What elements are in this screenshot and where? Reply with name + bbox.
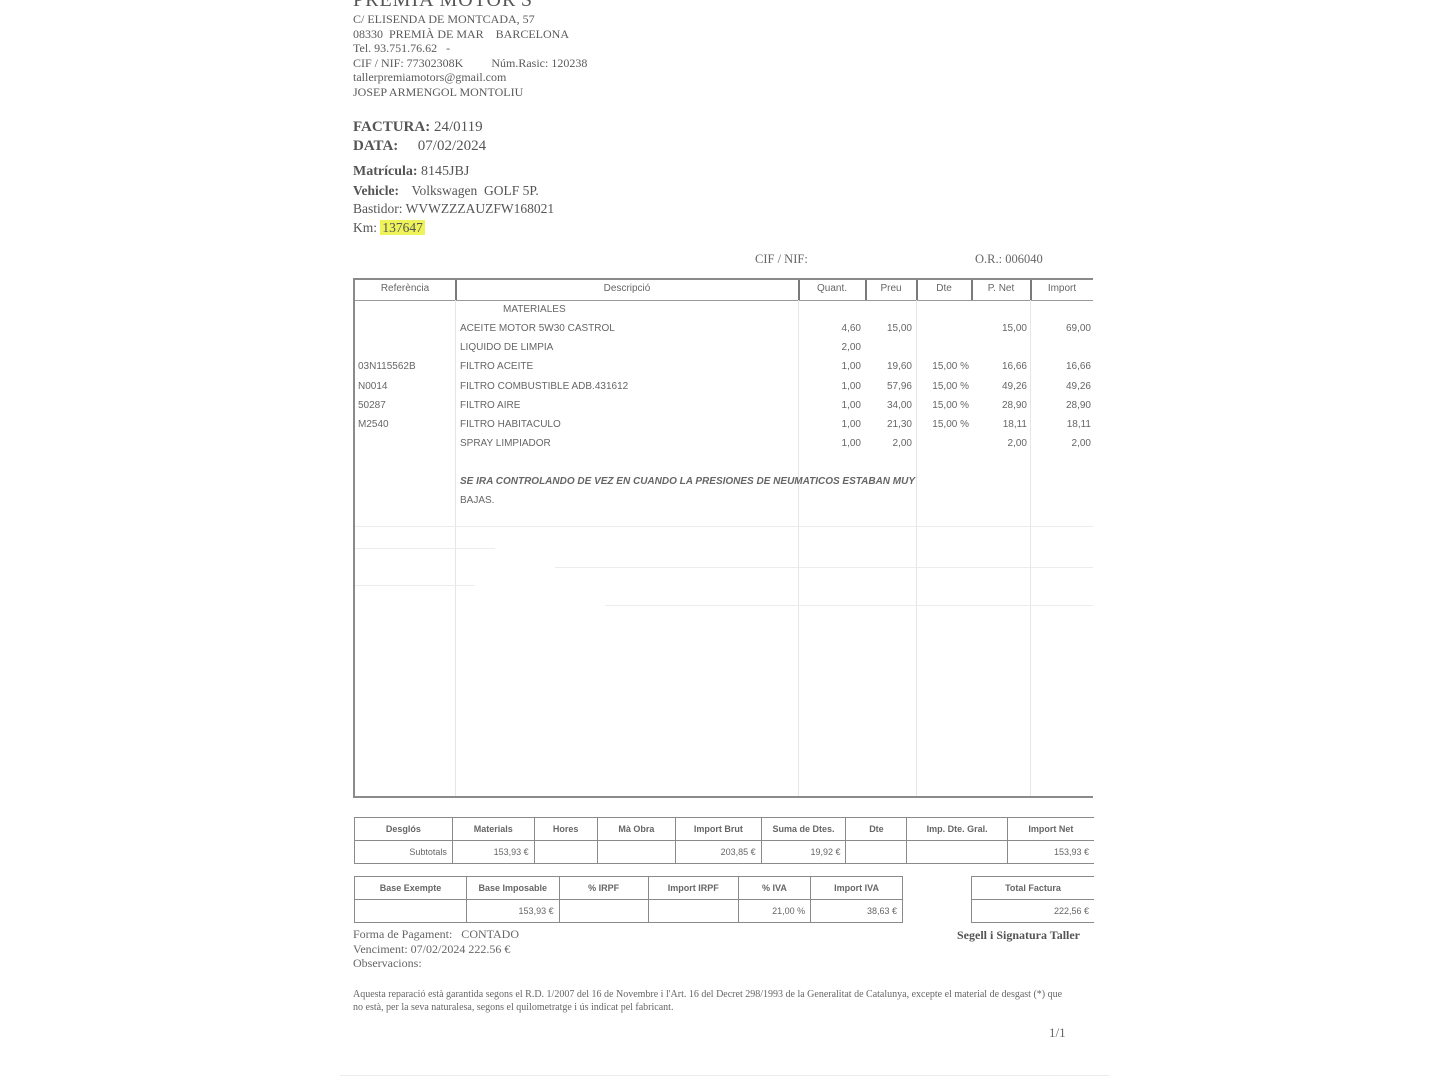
table-row: SPRAY LIMPIADOR1,002,002,002,00 — [355, 434, 1093, 453]
invoice-meta: FACTURA: 24/0119 DATA: 07/02/2024 Matríc… — [353, 118, 554, 237]
company-cif: CIF / NIF: 77302308K — [353, 56, 463, 70]
section-title-row: MATERIALES — [355, 300, 1093, 319]
breakdown-value-3 — [597, 841, 675, 864]
table-row: M2540FILTRO HABITACULO1,0021,3015,00 %18… — [355, 415, 1093, 434]
header-description: Descripció — [456, 283, 798, 294]
plate-value: 8145JBJ — [421, 164, 469, 179]
tax-value-2 — [559, 900, 648, 923]
tax-value-3 — [648, 900, 738, 923]
cell-net-price: 15,00 — [972, 323, 1027, 334]
mileage-label: Km: — [353, 220, 377, 235]
cell-quantity: 1,00 — [799, 438, 861, 449]
cell-price: 21,30 — [866, 419, 912, 430]
header-import: Import — [1031, 283, 1093, 294]
cell-reference: 50287 — [358, 400, 453, 411]
cell-description: SPRAY LIMPIADOR — [460, 438, 795, 449]
breakdown-header-6: Dte — [846, 818, 907, 841]
tax-header-3: Import IRPF — [648, 877, 738, 900]
cell-description: FILTRO ACEITE — [460, 361, 795, 372]
tax-header-4: % IVA — [738, 877, 810, 900]
table-row: ACEITE MOTOR 5W30 CASTROL4,6015,0015,006… — [355, 319, 1093, 338]
cell-discount: 15,00 % — [917, 400, 969, 411]
table-row: 50287FILTRO AIRE1,0034,0015,00 %28,9028,… — [355, 396, 1093, 415]
mileage: Km: 137647 — [353, 219, 554, 238]
workshop-note-line1: SE IRA CONTROLANDO DE VEZ EN CUANDO LA P… — [460, 476, 915, 487]
breakdown-table: DesglósMaterialsHoresMà ObraImport BrutS… — [354, 817, 1094, 864]
breakdown-value-5: 19,92 € — [761, 841, 846, 864]
cell-price: 34,00 — [866, 400, 912, 411]
cell-net-price: 28,90 — [972, 400, 1027, 411]
cell-reference: M2540 — [358, 419, 453, 430]
repair-order-number: O.R.: 006040 — [975, 252, 1043, 267]
chassis-label: Bastidor: — [353, 201, 403, 216]
cell-net-price: 49,26 — [972, 381, 1027, 392]
cell-quantity: 4,60 — [799, 323, 861, 334]
header-price: Preu — [866, 283, 916, 294]
plate-label: Matrícula: — [353, 164, 418, 179]
company-tax-line: CIF / NIF: 77302308K Núm.Rasic: 120238 — [353, 56, 587, 71]
header-quantity: Quant. — [799, 283, 865, 294]
invoice-date-value: 07/02/2024 — [418, 138, 486, 154]
cell-description: FILTRO AIRE — [460, 400, 795, 411]
signature-label: Segell i Signatura Taller — [957, 928, 1080, 943]
cell-reference: 03N115562B — [358, 361, 453, 372]
cell-description: FILTRO HABITACULO — [460, 419, 795, 430]
vehicle-value: Volkswagen GOLF 5P. — [412, 183, 539, 198]
breakdown-header-7: Imp. Dte. Gral. — [907, 818, 1007, 841]
tax-value-4: 21,00 % — [738, 900, 810, 923]
cell-quantity: 1,00 — [799, 419, 861, 430]
tax-header-0: Base Exempte — [355, 877, 467, 900]
cell-quantity: 1,00 — [799, 381, 861, 392]
cell-discount: 15,00 % — [917, 361, 969, 372]
breakdown-value-4: 203,85 € — [676, 841, 761, 864]
cell-import: 2,00 — [1031, 438, 1091, 449]
breakdown-header-2: Hores — [534, 818, 597, 841]
invoice-date-label: DATA: — [353, 138, 398, 154]
cell-description: FILTRO COMBUSTIBLE ADB.431612 — [460, 381, 795, 392]
breakdown-header-1: Materials — [452, 818, 534, 841]
invoice-number-value: 24/0119 — [434, 119, 483, 135]
invoice-number-label: FACTURA: — [353, 119, 430, 135]
total-value: 222,56 € — [972, 900, 1095, 923]
company-phone: Tel. 93.751.76.62 - — [353, 41, 587, 56]
payment-due: Venciment: 07/02/2024 222.56 € — [353, 942, 519, 957]
cell-price: 15,00 — [866, 323, 912, 334]
tax-header-1: Base Imposable — [467, 877, 560, 900]
items-table: Referència Descripció Quant. Preu Dte P.… — [353, 278, 1093, 798]
breakdown-value-1: 153,93 € — [452, 841, 534, 864]
observations-label: Observacions: — [353, 956, 519, 971]
chassis-value: WVWZZZAUZFW168021 — [406, 201, 554, 216]
workshop-note-line2: BAJAS. — [460, 495, 494, 506]
cell-description: ACEITE MOTOR 5W30 CASTROL — [460, 323, 795, 334]
cell-discount: 15,00 % — [917, 381, 969, 392]
header-reference: Referència — [355, 283, 455, 294]
total-table: Total Factura 222,56 € — [971, 876, 1094, 923]
cell-net-price: 18,11 — [972, 419, 1027, 430]
breakdown-header-3: Mà Obra — [597, 818, 675, 841]
breakdown-header-8: Import Net — [1007, 818, 1094, 841]
company-address: C/ ELISENDA DE MONTCADA, 57 — [353, 12, 587, 27]
breakdown-value-2 — [534, 841, 597, 864]
breakdown-header-0: Desglós — [355, 818, 453, 841]
cell-quantity: 1,00 — [799, 361, 861, 372]
breakdown-value-0: Subtotals — [355, 841, 453, 864]
plate: Matrícula: 8145JBJ — [353, 163, 554, 182]
payment-method: Forma de Pagament: CONTADO — [353, 927, 519, 942]
header-net-price: P. Net — [972, 283, 1030, 294]
cell-price: 57,96 — [866, 381, 912, 392]
breakdown-header-5: Suma de Dtes. — [761, 818, 846, 841]
cell-net-price: 2,00 — [972, 438, 1027, 449]
cell-net-price: 16,66 — [972, 361, 1027, 372]
page-number: 1/1 — [1049, 1025, 1066, 1041]
mileage-value-highlighted: 137647 — [380, 220, 425, 235]
cell-quantity: 1,00 — [799, 400, 861, 411]
invoice-number: FACTURA: 24/0119 — [353, 118, 554, 137]
header-discount: Dte — [917, 283, 971, 294]
company-city: 08330 PREMIÀ DE MAR BARCELONA — [353, 27, 587, 42]
cell-import: 69,00 — [1031, 323, 1091, 334]
company-registry: Núm.Rasic: 120238 — [491, 56, 587, 70]
bottom-rule — [340, 1075, 1110, 1076]
payment-info: Forma de Pagament: CONTADO Venciment: 07… — [353, 927, 519, 971]
total-header: Total Factura — [972, 877, 1095, 900]
breakdown-value-8: 153,93 € — [1007, 841, 1094, 864]
items-table-header: Referència Descripció Quant. Preu Dte P.… — [355, 280, 1093, 301]
tax-value-0 — [355, 900, 467, 923]
breakdown-value-7 — [907, 841, 1007, 864]
warranty-legal-text: Aquesta reparació està garantida segons … — [353, 988, 1073, 1014]
table-row: LIQUIDO DE LIMPIA2,00 — [355, 338, 1093, 357]
company-header: PREMIA MOTOR'S C/ ELISENDA DE MONTCADA, … — [353, 0, 587, 100]
cell-price: 19,60 — [866, 361, 912, 372]
client-cif: CIF / NIF: — [755, 252, 808, 267]
cell-import: 16,66 — [1031, 361, 1091, 372]
tax-value-1: 153,93 € — [467, 900, 560, 923]
company-name: PREMIA MOTOR'S — [353, 0, 587, 12]
invoice-date: DATA: 07/02/2024 — [353, 137, 554, 156]
vehicle-label: Vehicle: — [353, 183, 399, 198]
cell-quantity: 2,00 — [799, 342, 861, 353]
breakdown-header-4: Import Brut — [676, 818, 761, 841]
cell-discount: 15,00 % — [917, 419, 969, 430]
cell-reference: N0014 — [358, 381, 453, 392]
cell-import: 49,26 — [1031, 381, 1091, 392]
cell-price: 2,00 — [866, 438, 912, 449]
cell-import: 18,11 — [1031, 419, 1091, 430]
company-email: tallerpremiamotors@gmail.com — [353, 70, 587, 85]
cell-import: 28,90 — [1031, 400, 1091, 411]
vehicle: Vehicle: Volkswagen GOLF 5P. — [353, 182, 554, 201]
chassis: Bastidor: WVWZZZAUZFW168021 — [353, 200, 554, 219]
cell-description: LIQUIDO DE LIMPIA — [460, 342, 795, 353]
company-owner: JOSEP ARMENGOL MONTOLIU — [353, 85, 587, 100]
table-row: 03N115562BFILTRO ACEITE1,0019,6015,00 %1… — [355, 357, 1093, 376]
table-row: N0014FILTRO COMBUSTIBLE ADB.4316121,0057… — [355, 377, 1093, 396]
section-title: MATERIALES — [503, 304, 566, 315]
taxes-table: Base ExempteBase Imposable% IRPFImport I… — [354, 876, 903, 923]
tax-header-5: Import IVA — [811, 877, 903, 900]
breakdown-value-6 — [846, 841, 907, 864]
tax-value-5: 38,63 € — [811, 900, 903, 923]
tax-header-2: % IRPF — [559, 877, 648, 900]
